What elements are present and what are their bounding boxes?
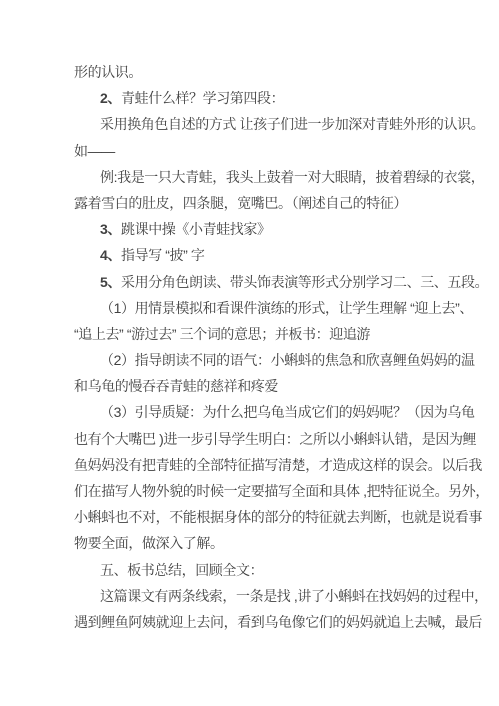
doc-line: 也有个大嘴巴 )进一步引导学生明白：之所以小蝌蚪认错，是因为鲤 — [74, 426, 459, 452]
line-number: 5、 — [100, 274, 121, 290]
doc-line: 露着雪白的肚皮，四条腿，宽嘴巴。（阐述自己的特征） — [74, 190, 459, 216]
line-number: 2、 — [100, 90, 121, 106]
doc-line: 形的认识。 — [74, 59, 459, 85]
doc-line: （1）用情景模拟和看课件演练的形式，让学生理解 “迎上去”、 — [74, 295, 459, 321]
doc-line: （2）指导朗读不同的语气：小蝌蚪的焦急和欣喜鲤鱼妈妈的温 — [74, 347, 459, 373]
line-number: 4、 — [100, 247, 121, 263]
line-text: “追上去” “游过去” 三个词的意思；并板书：迎追游 — [74, 326, 370, 342]
line-text: 如—— — [74, 143, 115, 159]
doc-line: 物要全面，做深入了解。 — [74, 530, 459, 556]
doc-line: 2、青蛙什么样？学习第四段： — [74, 85, 459, 111]
doc-line: “追上去” “游过去” 三个词的意思；并板书：迎追游 — [74, 321, 459, 347]
doc-line: 3、跳课中操《小青蛙找家》 — [74, 216, 459, 242]
doc-line: 例:我是一只大青蛙，我头上鼓着一对大眼睛，披着碧绿的衣裳， — [74, 164, 459, 190]
doc-line: 如—— — [74, 138, 459, 164]
doc-line: 小蝌蚪也不对，不能根据身体的部分的特征就去判断，也就是说看事 — [74, 504, 459, 530]
line-text: 也有个大嘴巴 )进一步引导学生明白：之所以小蝌蚪认错，是因为鲤 — [74, 431, 476, 447]
doc-line: 采用换角色自述的方式 让孩子们进一步加深对青蛙外形的认识。 — [74, 111, 459, 137]
line-text: 小蝌蚪也不对，不能根据身体的部分的特征就去判断，也就是说看事 — [74, 509, 482, 525]
line-text: 采用分角色朗读、带头饰表演等形式分别学习二、三、五段。 — [121, 274, 488, 290]
doc-line: 和乌龟的慢吞吞青蛙的慈祥和疼爱 — [74, 373, 459, 399]
line-text: 青蛙什么样？学习第四段： — [121, 90, 284, 106]
doc-line: 遇到鲤鱼阿姨就迎上去问，看到乌龟像它们的妈妈就追上去喊，最后 — [74, 609, 459, 635]
line-text: 形的认识。 — [74, 64, 142, 80]
document-page: 形的认识。 2、青蛙什么样？学习第四段： 采用换角色自述的方式 让孩子们进一步加… — [0, 0, 499, 706]
line-text: 跳课中操《小青蛙找家》 — [121, 221, 271, 237]
line-text: 指导写 “披” 字 — [121, 247, 205, 263]
line-text: 和乌龟的慢吞吞青蛙的慈祥和疼爱 — [74, 378, 278, 394]
line-text: 遇到鲤鱼阿姨就迎上去问，看到乌龟像它们的妈妈就追上去喊，最后 — [74, 614, 482, 630]
line-text: 例:我是一只大青蛙，我头上鼓着一对大眼睛，披着碧绿的衣裳， — [100, 169, 484, 185]
line-text: （2）指导朗读不同的语气：小蝌蚪的焦急和欣喜鲤鱼妈妈的温 — [100, 352, 475, 368]
line-text: 五、板书总结，回顾全文： — [100, 562, 263, 578]
line-text: （1）用情景模拟和看课件演练的形式，让学生理解 “迎上去”、 — [100, 300, 473, 316]
line-text: 采用换角色自述的方式 让孩子们进一步加深对青蛙外形的认识。 — [100, 116, 484, 132]
line-text: 鱼妈妈没有把青蛙的全部特征描写清楚，才造成这样的误会。以后我 — [74, 457, 482, 473]
doc-line: 5、采用分角色朗读、带头饰表演等形式分别学习二、三、五段。 — [74, 269, 459, 295]
doc-line: （3）引导质疑：为什么把乌龟当成它们的妈妈呢？（因为乌龟 — [74, 399, 459, 425]
doc-line: 4、指导写 “披” 字 — [74, 242, 459, 268]
doc-line: 这篇课文有两条线索，一条是找 ,讲了小蝌蚪在找妈妈的过程中， — [74, 583, 459, 609]
line-text: 们在描写人物外貌的时候一定要描写全面和具体 ,把特征说全。另外， — [74, 483, 489, 499]
doc-line: 们在描写人物外貌的时候一定要描写全面和具体 ,把特征说全。另外， — [74, 478, 459, 504]
line-text: 物要全面，做深入了解。 — [74, 535, 224, 551]
line-text: 露着雪白的肚皮，四条腿，宽嘴巴。（阐述自己的特征） — [74, 195, 407, 211]
doc-line: 五、板书总结，回顾全文： — [74, 557, 459, 583]
line-text: （3）引导质疑：为什么把乌龟当成它们的妈妈呢？（因为乌龟 — [100, 404, 475, 420]
line-number: 3、 — [100, 221, 121, 237]
line-text: 这篇课文有两条线索，一条是找 ,讲了小蝌蚪在找妈妈的过程中， — [100, 588, 488, 604]
doc-line: 鱼妈妈没有把青蛙的全部特征描写清楚，才造成这样的误会。以后我 — [74, 452, 459, 478]
